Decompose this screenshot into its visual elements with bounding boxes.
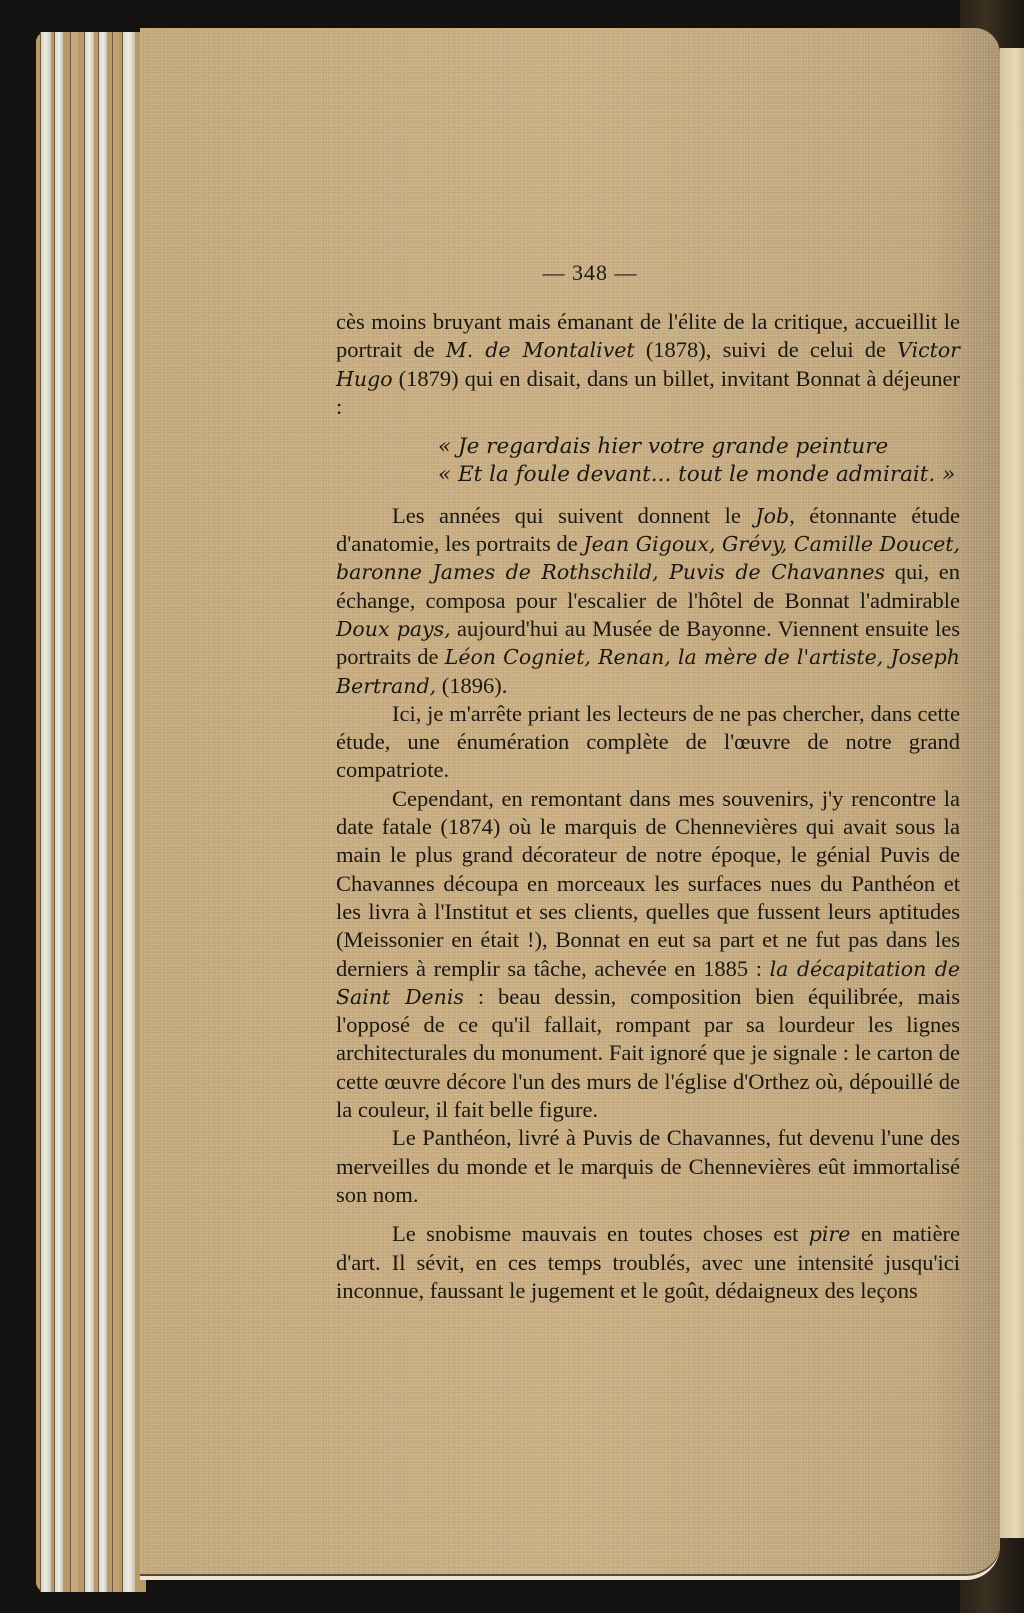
- text-run: Cependant, en remontant dans mes souveni…: [336, 786, 960, 981]
- page-edge: [112, 32, 119, 1592]
- quote-line: « Je regardais hier votre grande peintur…: [438, 433, 960, 461]
- italic-title: Doux pays,: [336, 617, 451, 641]
- text-run: Le Panthéon, livré à Puvis de Chavannes,…: [336, 1125, 960, 1207]
- page-edge: [70, 32, 78, 1592]
- page-edge: [84, 32, 94, 1592]
- paragraph: cès moins bruyant mais émanant de l'élit…: [336, 308, 960, 421]
- text-run: Le snobisme mauvais en toutes choses est: [392, 1221, 809, 1246]
- text-run: Les années qui suivent donnent le: [392, 503, 755, 528]
- paragraph-group: Les années qui suivent donnent le Job, é…: [336, 502, 960, 1305]
- paragraph: Ici, je m'arrête priant les lecteurs de …: [336, 700, 960, 785]
- paragraph: Cependant, en remontant dans mes souveni…: [336, 785, 960, 1125]
- page-edge: [54, 32, 63, 1592]
- page-number: — 348 —: [140, 260, 1000, 286]
- text-run: Ici, je m'arrête priant les lecteurs de …: [336, 701, 960, 783]
- book-page: — 348 — cès moins bruyant mais émanant d…: [140, 28, 1000, 1580]
- italic-title: pire: [809, 1222, 851, 1246]
- text-run: (1896).: [436, 673, 507, 698]
- page-edge: [122, 32, 135, 1592]
- quote-line: « Et la foule devant... tout le monde ad…: [438, 461, 960, 489]
- page-edge: [98, 32, 107, 1592]
- italic-title: M. de Montalivet: [446, 338, 635, 362]
- page-edge: [40, 32, 51, 1592]
- italic-title: Job: [755, 504, 789, 528]
- text-run: (1878), suivi de celui de: [635, 337, 897, 362]
- facing-page-edge: [998, 48, 1024, 1538]
- paragraph: Les années qui suivent donnent le Job, é…: [336, 502, 960, 700]
- paragraph: Le snobisme mauvais en toutes choses est…: [336, 1220, 960, 1305]
- verse-quote: « Je regardais hier votre grande peintur…: [438, 433, 960, 490]
- page-edges-stack: [36, 32, 146, 1592]
- body-text: cès moins bruyant mais émanant de l'élit…: [336, 308, 960, 1305]
- text-run: (1879) qui en disait, dans un billet, in…: [336, 366, 960, 419]
- paragraph: Le Panthéon, livré à Puvis de Chavannes,…: [336, 1124, 960, 1209]
